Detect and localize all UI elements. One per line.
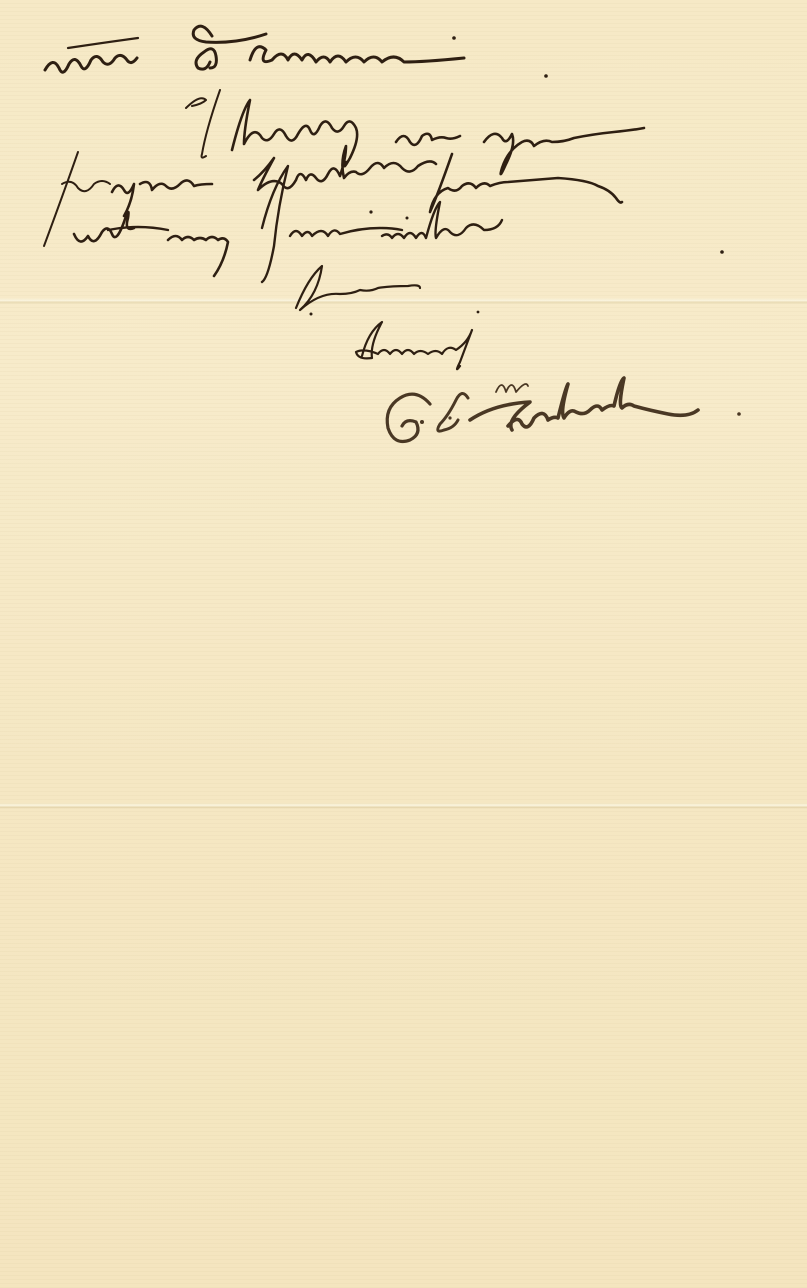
letter-line-3: for your kindness and [60, 170, 347, 200]
letter-line-2: Thanking you again [200, 110, 460, 140]
letter-line-4: with very best wishes. [75, 215, 368, 245]
letter-page: return to America. Thanking you again fo… [0, 0, 807, 1288]
letter-line-6: Sincerely [360, 330, 484, 360]
letter-line-1: return to America. [45, 36, 290, 66]
letter-line-5: I am [300, 275, 359, 305]
letter-signature: C. L. McFurbush [390, 395, 611, 425]
